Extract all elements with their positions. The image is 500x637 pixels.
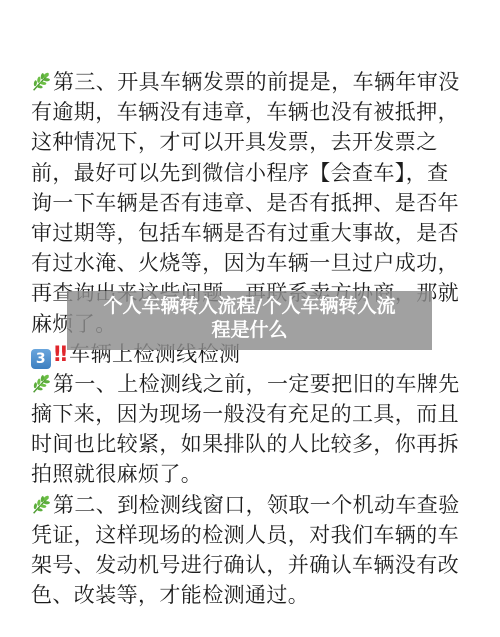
title-overlay-banner: 个人车辆转入流程/个人车辆转入流 程是什么 bbox=[67, 291, 432, 350]
line-text: 时间也比较紧，如果排队的人比较多，你再拆 bbox=[31, 432, 459, 456]
line-text: 有过水淹、火烧等，因为车辆一旦过户成功， bbox=[31, 251, 459, 275]
line-text: 前，最好可以先到微信小程序【会查车】，查 bbox=[31, 161, 449, 185]
text-line: 第三、开具车辆发票的前提是，车辆年审没 bbox=[31, 67, 471, 97]
line-text: 凭证，这样现场的检测人员，对我们车辆的车 bbox=[31, 523, 459, 547]
text-line: 有逾期，车辆没有违章，车辆也没有被抵押， bbox=[31, 97, 471, 127]
text-line: 前，最好可以先到微信小程序【会查车】，查 bbox=[31, 158, 471, 188]
text-line: 摘下来，因为现场一般没有充足的工具，而且 bbox=[31, 399, 471, 429]
line-text: 架号、发动机号进行确认，并确认车辆没有改 bbox=[31, 553, 459, 577]
text-line: 拍照就很麻烦了。 bbox=[31, 459, 471, 489]
line-text: 有逾期，车辆没有违章，车辆也没有被抵押， bbox=[31, 100, 459, 124]
line-text: 第三、开具车辆发票的前提是，车辆年审没 bbox=[53, 70, 460, 94]
overlay-title-line2: 程是什么 bbox=[67, 318, 432, 342]
text-line: 时间也比较紧，如果排队的人比较多，你再拆 bbox=[31, 429, 471, 459]
text-line: 这种情况下，才可以开具发票，去开发票之 bbox=[31, 127, 471, 157]
line-text: 这种情况下，才可以开具发票，去开发票之 bbox=[31, 130, 438, 154]
line-text: 拍照就很麻烦了。 bbox=[31, 462, 202, 486]
leaf-icon bbox=[31, 494, 52, 515]
leaf-icon bbox=[31, 373, 52, 394]
text-line: 色、改装等，才能检测通过。 bbox=[31, 580, 471, 610]
text-line: 架号、发动机号进行确认，并确认车辆没有改 bbox=[31, 550, 471, 580]
line-text: 摘下来，因为现场一般没有充足的工具，而且 bbox=[31, 402, 459, 426]
line-text: 色、改装等，才能检测通过。 bbox=[31, 583, 309, 607]
overlay-title-line1: 个人车辆转入流程/个人车辆转入流 bbox=[67, 294, 432, 318]
line-text: 审过期等，包括车辆是否有过重大事故，是否 bbox=[31, 221, 459, 245]
line-text: 第二、到检测线窗口，领取一个机动车查验 bbox=[53, 493, 460, 517]
leaf-icon bbox=[31, 71, 52, 92]
text-line: 询一下车辆是否有违章、是否有抵押、是否年 bbox=[31, 188, 471, 218]
text-line: 审过期等，包括车辆是否有过重大事故，是否 bbox=[31, 218, 471, 248]
line-text: 第一、上检测线之前，一定要把旧的车牌先 bbox=[53, 372, 460, 396]
text-line: 第一、上检测线之前，一定要把旧的车牌先 bbox=[31, 369, 471, 399]
double-exclamation-icon: ‼ bbox=[54, 339, 65, 369]
text-line: 第二、到检测线窗口，领取一个机动车查验 bbox=[31, 490, 471, 520]
text-line: 凭证，这样现场的检测人员，对我们车辆的车 bbox=[31, 520, 471, 550]
keycap-3-icon: 3 bbox=[31, 349, 51, 369]
text-line: 有过水淹、火烧等，因为车辆一旦过户成功， bbox=[31, 248, 471, 278]
line-text: 询一下车辆是否有违章、是否有抵押、是否年 bbox=[31, 191, 459, 215]
